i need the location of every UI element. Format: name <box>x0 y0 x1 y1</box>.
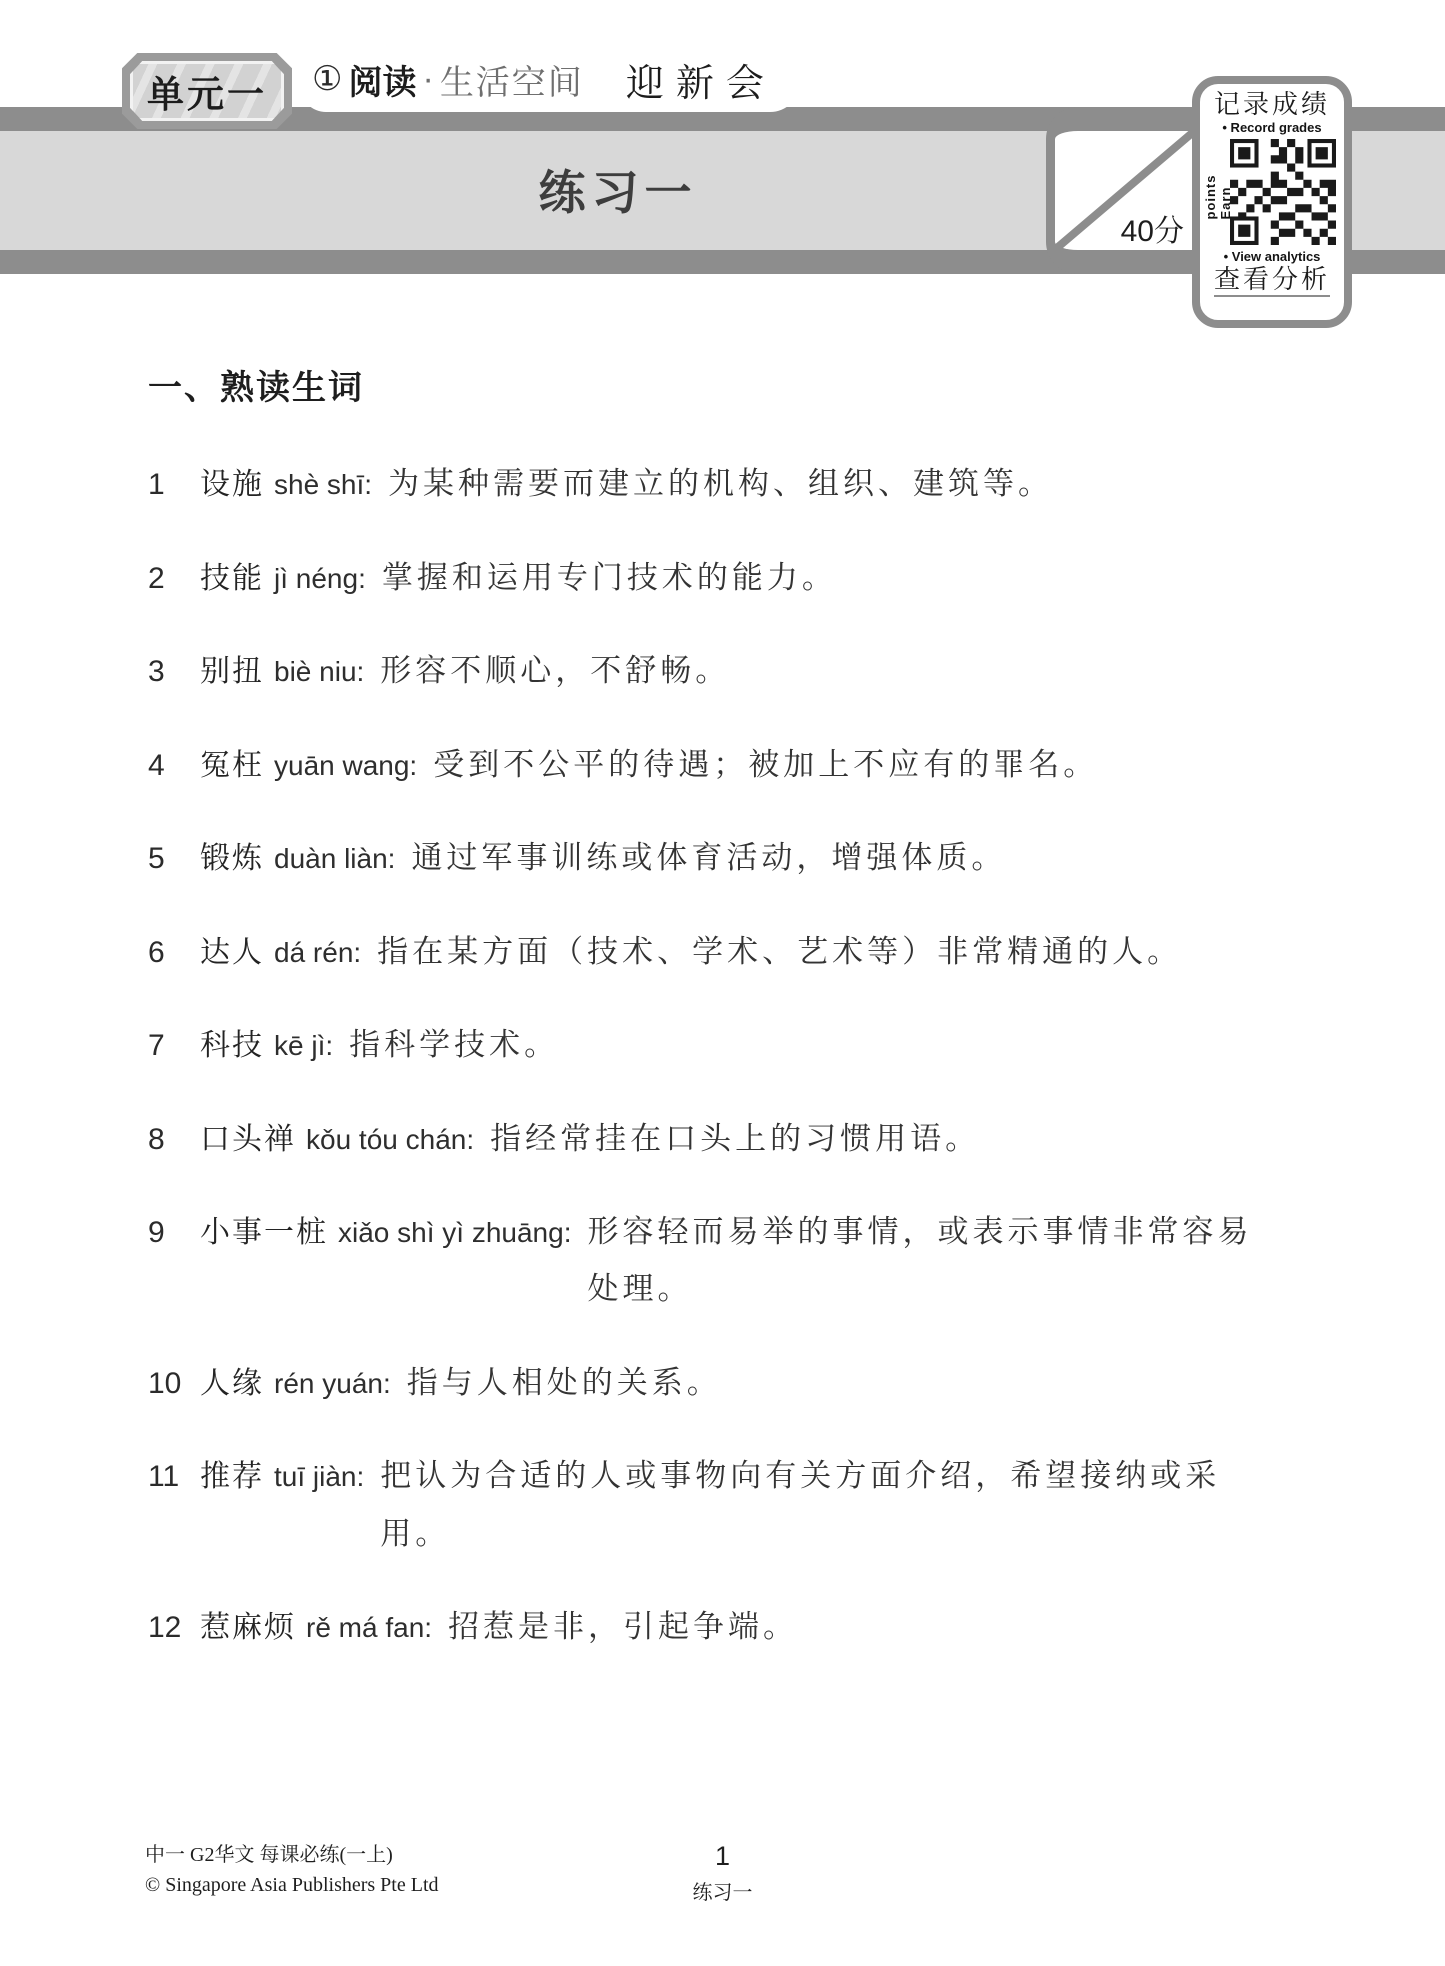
vocab-definition: 掌握和运用专门技术的能力。 <box>382 549 1274 606</box>
vocab-definition: 通过军事训练或体育活动，增强体质。 <box>411 829 1274 886</box>
vocab-definition: 指在某方面（技术、学术、艺术等）非常精通的人。 <box>377 923 1274 980</box>
item-number: 2 <box>148 551 200 607</box>
vocab-pinyin: xiǎo shì yì zhuāng: <box>338 1217 571 1248</box>
item-number: 3 <box>148 644 200 700</box>
list-item: 5 锻炼duàn liàn: 通过军事训练或体育活动，增强体质。 <box>148 829 1274 887</box>
item-number: 8 <box>148 1112 200 1168</box>
vocab-pinyin: biè niu: <box>274 656 364 687</box>
view-analytics-zh: 查看分析 <box>1214 264 1330 297</box>
unit-tab-label: 单元一 <box>130 61 284 121</box>
item-number: 5 <box>148 831 200 887</box>
list-item: 12 惹麻烦rě má fan: 招惹是非，引起争端。 <box>148 1598 1274 1656</box>
item-number: 7 <box>148 1018 200 1074</box>
vocab-definition: 指经常挂在口头上的习惯用语。 <box>490 1110 1274 1167</box>
list-item: 6 达人dá rén: 指在某方面（技术、学术、艺术等）非常精通的人。 <box>148 923 1274 981</box>
vocab-definition: 招惹是非，引起争端。 <box>448 1598 1274 1655</box>
vocab-definition: 为某种需要而建立的机构、组织、建筑等。 <box>388 455 1274 512</box>
vocab-pinyin: jì néng: <box>274 563 366 594</box>
vocab-pinyin: yuān wang: <box>274 750 417 781</box>
item-number: 1 <box>148 457 200 513</box>
list-item: 10 人缘rén yuán: 指与人相处的关系。 <box>148 1354 1274 1412</box>
qr-code-image <box>1230 139 1336 245</box>
list-item: 2 技能jì néng: 掌握和运用专门技术的能力。 <box>148 549 1274 607</box>
vocab-word: 达人 <box>200 936 264 969</box>
view-analytics-en: • View analytics <box>1224 249 1321 265</box>
list-item: 3 别扭biè niu: 形容不顺心，不舒畅。 <box>148 642 1274 700</box>
vocab-word: 别扭 <box>200 655 264 688</box>
vocab-word: 锻炼 <box>200 842 264 875</box>
score-label: 40分 <box>1121 206 1184 250</box>
vocab-definition: 把认为合适的人或事物向有关方面介绍，希望接纳或采用。 <box>380 1447 1274 1562</box>
score-box: 40分 <box>1046 107 1194 274</box>
record-grades-en: • Record grades <box>1222 120 1321 136</box>
vocab-word: 技能 <box>200 562 264 595</box>
vocab-definition: 形容不顺心，不舒畅。 <box>380 642 1274 699</box>
qr-code-area: Earn points <box>1200 137 1344 247</box>
vocab-definition: 指科学技术。 <box>349 1016 1274 1073</box>
vocab-word: 人缘 <box>200 1367 264 1400</box>
item-number: 10 <box>148 1356 200 1412</box>
list-item: 1 设施shè shī: 为某种需要而建立的机构、组织、建筑等。 <box>148 455 1274 513</box>
page-number: 1 <box>0 1840 1445 1872</box>
lesson-title: 迎新会 <box>626 52 776 107</box>
lesson-topic: 生活空间 <box>440 55 584 104</box>
lesson-type: 阅读 <box>348 55 416 104</box>
vocab-word: 设施 <box>200 468 264 501</box>
workbook-page: 练习一 40分 单元一 ① 阅读 · 生活空间 迎新会 记录成绩 • Recor… <box>0 0 1445 1966</box>
vocab-definition: 形容轻而易举的事情，或表示事情非常容易处理。 <box>587 1203 1274 1318</box>
unit-tab: 单元一 <box>122 53 292 129</box>
section-heading: 一、熟读生词 <box>148 360 1274 409</box>
vocab-word: 科技 <box>200 1029 264 1062</box>
list-item: 8 口头禅kǒu tóu chán: 指经常挂在口头上的习惯用语。 <box>148 1110 1274 1168</box>
list-item: 11 推荐tuī jiàn: 把认为合适的人或事物向有关方面介绍，希望接纳或采用… <box>148 1447 1274 1562</box>
vocab-definition: 受到不公平的待遇；被加上不应有的罪名。 <box>433 736 1274 793</box>
list-item: 9 小事一桩xiǎo shì yì zhuāng: 形容轻而易举的事情，或表示事… <box>148 1203 1274 1318</box>
vocab-word: 惹麻烦 <box>200 1611 296 1644</box>
earn-points-label: Earn points <box>1203 165 1233 220</box>
item-number: 6 <box>148 925 200 981</box>
lesson-number-icon: ① <box>312 59 342 99</box>
record-grades-zh: 记录成绩 <box>1214 90 1330 120</box>
qr-panel: 记录成绩 • Record grades Earn points • View … <box>1192 76 1352 328</box>
vocab-word: 口头禅 <box>200 1123 296 1156</box>
main-content: 一、熟读生词 1 设施shè shī: 为某种需要而建立的机构、组织、建筑等。 … <box>148 360 1274 1655</box>
vocab-pinyin: kē jì: <box>274 1030 333 1061</box>
vocab-definition: 指与人相处的关系。 <box>407 1354 1274 1411</box>
vocab-word: 推荐 <box>200 1460 264 1493</box>
vocab-pinyin: rě má fan: <box>306 1612 432 1643</box>
vocab-pinyin: kǒu tóu chán: <box>306 1124 474 1155</box>
vocab-pinyin: tuī jiàn: <box>274 1461 364 1492</box>
list-item: 7 科技kē jì: 指科学技术。 <box>148 1016 1274 1074</box>
lesson-header: ① 阅读 · 生活空间 迎新会 <box>300 46 800 112</box>
vocab-pinyin: dá rén: <box>274 937 361 968</box>
item-number: 12 <box>148 1600 200 1656</box>
vocab-pinyin: rén yuán: <box>274 1368 391 1399</box>
item-number: 4 <box>148 738 200 794</box>
item-number: 11 <box>148 1449 200 1505</box>
page-exercise-label: 练习一 <box>0 1876 1445 1905</box>
vocab-pinyin: duàn liàn: <box>274 843 395 874</box>
vocab-word: 小事一桩 <box>200 1216 328 1249</box>
footer-page: 1 练习一 <box>0 1840 1445 1905</box>
item-number: 9 <box>148 1205 200 1261</box>
vocabulary-list: 1 设施shè shī: 为某种需要而建立的机构、组织、建筑等。 2 技能jì … <box>148 455 1274 1655</box>
vocab-pinyin: shè shī: <box>274 469 372 500</box>
vocab-word: 冤枉 <box>200 749 264 782</box>
list-item: 4 冤枉yuān wang: 受到不公平的待遇；被加上不应有的罪名。 <box>148 736 1274 794</box>
dot-separator: · <box>422 60 433 99</box>
